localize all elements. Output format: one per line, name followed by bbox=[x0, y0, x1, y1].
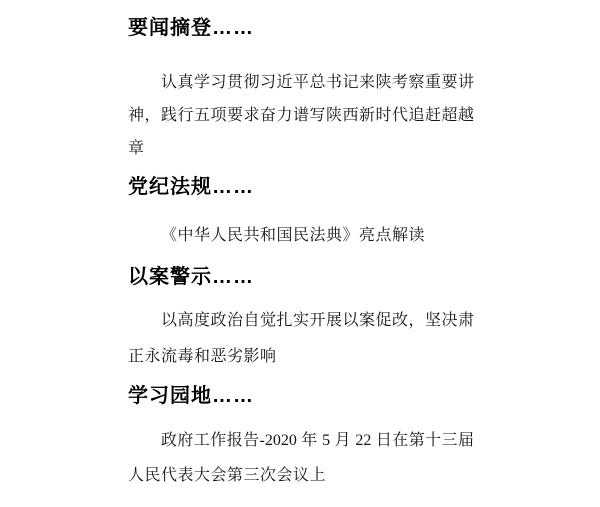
paragraph-line: 《中华人民共和国民法典》亮点解读 bbox=[161, 226, 425, 246]
section-heading-news-digest: 要闻摘登…… bbox=[128, 16, 254, 40]
section-heading-study-garden: 学习园地…… bbox=[128, 384, 254, 408]
paragraph-line: 政府工作报告-2020 年 5 月 22 日在第十三届全国 bbox=[161, 431, 474, 451]
paragraph-line: 正永流毒和恶劣影响 bbox=[128, 347, 277, 367]
paragraph-line: 神，践行五项要求奋力谱写陕西新时代追赶超越新篇 bbox=[128, 106, 474, 126]
paragraph-line: 章 bbox=[128, 139, 145, 159]
paragraph-line: 以高度政治自觉扎实开展以案促改，坚决肃清赵 bbox=[161, 311, 474, 331]
section-heading-case-warning: 以案警示…… bbox=[128, 265, 254, 289]
paragraph-line: 人民代表大会第三次会议上 bbox=[128, 466, 326, 486]
section-heading-party-discipline: 党纪法规…… bbox=[128, 175, 254, 199]
document-page: 要闻摘登…… 认真学习贯彻习近平总书记来陕考察重要讲话精 神，践行五项要求奋力谱… bbox=[0, 0, 600, 507]
paragraph-line: 认真学习贯彻习近平总书记来陕考察重要讲话精 bbox=[161, 73, 474, 93]
